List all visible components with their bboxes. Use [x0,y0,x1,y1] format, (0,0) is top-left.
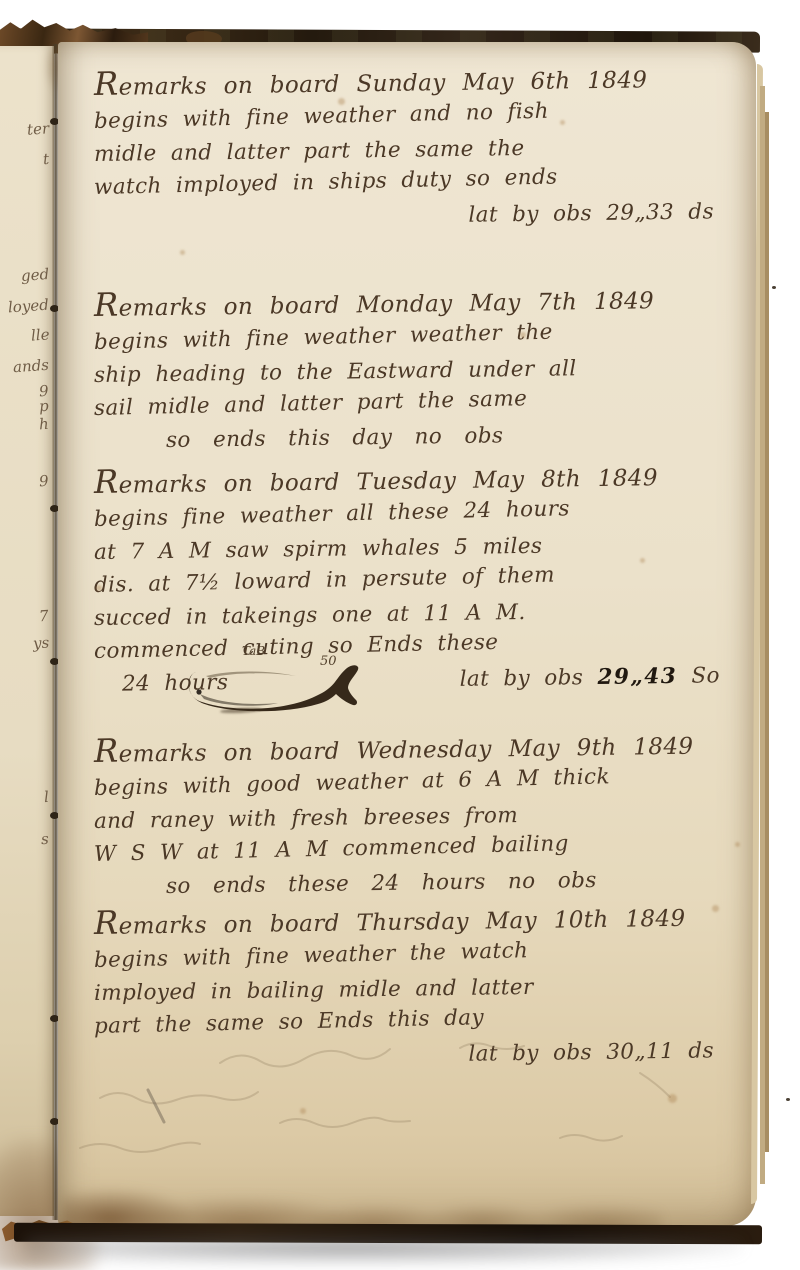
whale-stamp: TaB 50 [186,644,368,724]
log-entry: Remarks on board Sunday May 6th 1849begi… [94,68,730,237]
foxing-spot [300,1108,306,1114]
cut-off-text-fragment: p [39,397,50,416]
foxing-spot [180,250,185,255]
book-shadow [26,1238,742,1264]
cut-off-text-fragment: loyed [8,296,50,317]
cut-off-text-fragment: ands [13,356,50,376]
page-edge [765,112,769,1152]
debris-speck [786,1098,790,1101]
foxing-spot [712,905,719,912]
cut-off-text-fragment: s [41,830,50,848]
foxing-spot [96,585,102,591]
foxing-spot [520,332,526,338]
cut-off-text-fragment: 9 [39,472,50,491]
foxing-spot [668,1094,677,1103]
cut-off-text-fragment: ged [20,265,49,285]
cut-off-text-fragment: h [39,415,50,434]
logbook-photo: tertgedloyedlleands9ph97ysls Remarks on … [0,0,800,1270]
foxing-spot [338,98,345,105]
cut-off-text-fragment: l [44,788,50,806]
cut-off-text-fragment: lle [30,325,50,344]
log-entry: Remarks on board Monday May 7th 1849begi… [94,289,730,458]
log-entry: Remarks on board Wednesday May 9th 1849b… [94,735,730,904]
cut-off-text-fragment: ter [26,119,49,138]
foxing-spot [735,842,740,847]
whale-stamp-annotation: TaB [242,644,265,658]
cut-off-text-fragment: 7 [39,607,50,626]
foxing-spot [640,558,645,563]
foxing-spot [560,120,565,125]
cut-off-text-fragment: ys [32,633,49,652]
sperm-whale-stamp-icon [186,662,362,714]
debris-speck [772,286,776,289]
cut-off-text-fragment: t [42,150,49,168]
water-stain-bottom [62,1142,662,1232]
